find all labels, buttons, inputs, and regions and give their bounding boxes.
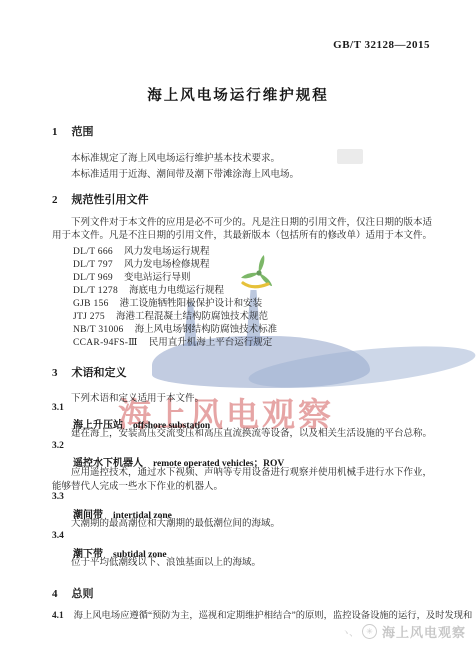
reference-code: NB/T 31006 bbox=[73, 324, 124, 337]
clause-4-1: 4.1海上风电场应遵循“预防为主，巡视和定期维护相结合”的原则，监控设备设施的运… bbox=[52, 607, 472, 621]
footer-logo-turbine-icon: ✳ bbox=[362, 624, 377, 639]
reference-name: 风力发电场检修规程 bbox=[124, 260, 210, 270]
term-number: 3.4 bbox=[52, 531, 64, 541]
term-number: 3.3 bbox=[52, 492, 64, 502]
reference-code: DL/T 1278 bbox=[73, 285, 118, 298]
footer-logo-mark: ヽ、 bbox=[341, 624, 357, 639]
section-number: 3 bbox=[52, 367, 58, 379]
reference-code: DL/T 797 bbox=[73, 259, 113, 272]
reference-name: 海底电力电缆运行规程 bbox=[129, 286, 224, 296]
term-definition: 大潮期的最高潮位和大潮期的最低潮位间的海域。 bbox=[52, 518, 434, 531]
section-title: 术语和定义 bbox=[72, 367, 127, 379]
section-title: 范围 bbox=[72, 126, 94, 138]
reference-item: GJB 156港工设施牺牲阳极保护设计和安装 bbox=[73, 298, 453, 311]
term-definition: 应用遥控技术，通过水下视频、声呐等专用设备进行观察并使用机械手进行水下作业，能够… bbox=[52, 466, 434, 494]
reference-item: CCAR-94FS-Ⅲ民用直升机海上平台运行规定 bbox=[73, 337, 453, 350]
reference-item: DL/T 666风力发电场运行规程 bbox=[73, 246, 453, 259]
reference-item: NB/T 31006海上风电场钢结构防腐蚀技术标准 bbox=[73, 324, 453, 337]
term-number: 3.2 bbox=[52, 441, 64, 451]
reference-item: DL/T 969变电站运行导则 bbox=[73, 272, 453, 285]
reference-item: DL/T 797风力发电场检修规程 bbox=[73, 259, 453, 272]
footer-logo: ヽ、 ✳ 海上风电观察 bbox=[341, 622, 466, 641]
term-number: 3.1 bbox=[52, 403, 64, 413]
reference-name: 民用直升机海上平台运行规定 bbox=[149, 338, 273, 348]
document-page: 海上风电观察 GB/T 32128—2015 海上风电场运行维护规程 1范围 本… bbox=[0, 0, 476, 650]
section-4-heading: 4总则 bbox=[52, 585, 434, 601]
standard-number: GB/T 32128—2015 bbox=[333, 39, 430, 51]
scope-paragraph: 本标准适用于近海、潮间带及潮下带滩涂海上风电场。 bbox=[52, 166, 452, 180]
references-intro: 下列文件对于本文件的应用是必不可少的。凡是注日期的引用文件，仅注日期的版本适用于… bbox=[52, 217, 434, 243]
section-title: 规范性引用文件 bbox=[72, 194, 149, 206]
references-list: DL/T 666风力发电场运行规程 DL/T 797风力发电场检修规程 DL/T… bbox=[73, 246, 453, 350]
clause-number: 4.1 bbox=[52, 611, 64, 621]
clause-text: 海上风电场应遵循“预防为主，巡视和定期维护相结合”的原则，监控设备设施的运行，及… bbox=[74, 611, 472, 621]
reference-name: 港工设施牺牲阳极保护设计和安装 bbox=[120, 299, 263, 309]
section-title: 总则 bbox=[72, 588, 94, 600]
section-number: 2 bbox=[52, 194, 58, 206]
reference-name: 海上风电场钢结构防腐蚀技术标准 bbox=[135, 325, 278, 335]
section-3-heading: 3术语和定义 bbox=[52, 364, 434, 380]
reference-name: 风力发电场运行规程 bbox=[124, 247, 210, 257]
footer-logo-text: 海上风电观察 bbox=[382, 622, 466, 641]
reference-name: 变电站运行导则 bbox=[124, 273, 191, 283]
section-number: 1 bbox=[52, 126, 58, 138]
reference-code: JTJ 275 bbox=[73, 311, 105, 324]
reference-code: DL/T 969 bbox=[73, 272, 113, 285]
reference-code: GJB 156 bbox=[73, 298, 109, 311]
document-title: 海上风电场运行维护规程 bbox=[0, 84, 476, 105]
term-definition: 建在海上，安装高压交流变压和高压直流换流等设备，以及相关生活设施的平台总称。 bbox=[52, 428, 434, 441]
section-1-heading: 1范围 bbox=[52, 123, 434, 139]
reference-code: CCAR-94FS-Ⅲ bbox=[73, 337, 138, 350]
reference-item: JTJ 275海港工程混凝土结构防腐蚀技术规范 bbox=[73, 311, 453, 324]
reference-name: 海港工程混凝土结构防腐蚀技术规范 bbox=[116, 312, 268, 322]
term-definition: 位于平均低潮线以下、浪蚀基面以上的海域。 bbox=[52, 557, 434, 570]
reference-item: DL/T 1278海底电力电缆运行规程 bbox=[73, 285, 453, 298]
reference-code: DL/T 666 bbox=[73, 246, 113, 259]
section-2-heading: 2规范性引用文件 bbox=[52, 191, 434, 207]
section-number: 4 bbox=[52, 588, 58, 600]
terms-intro: 下列术语和定义适用于本文件。 bbox=[52, 390, 452, 404]
scope-paragraph: 本标准规定了海上风电场运行维护基本技术要求。 bbox=[52, 150, 452, 164]
